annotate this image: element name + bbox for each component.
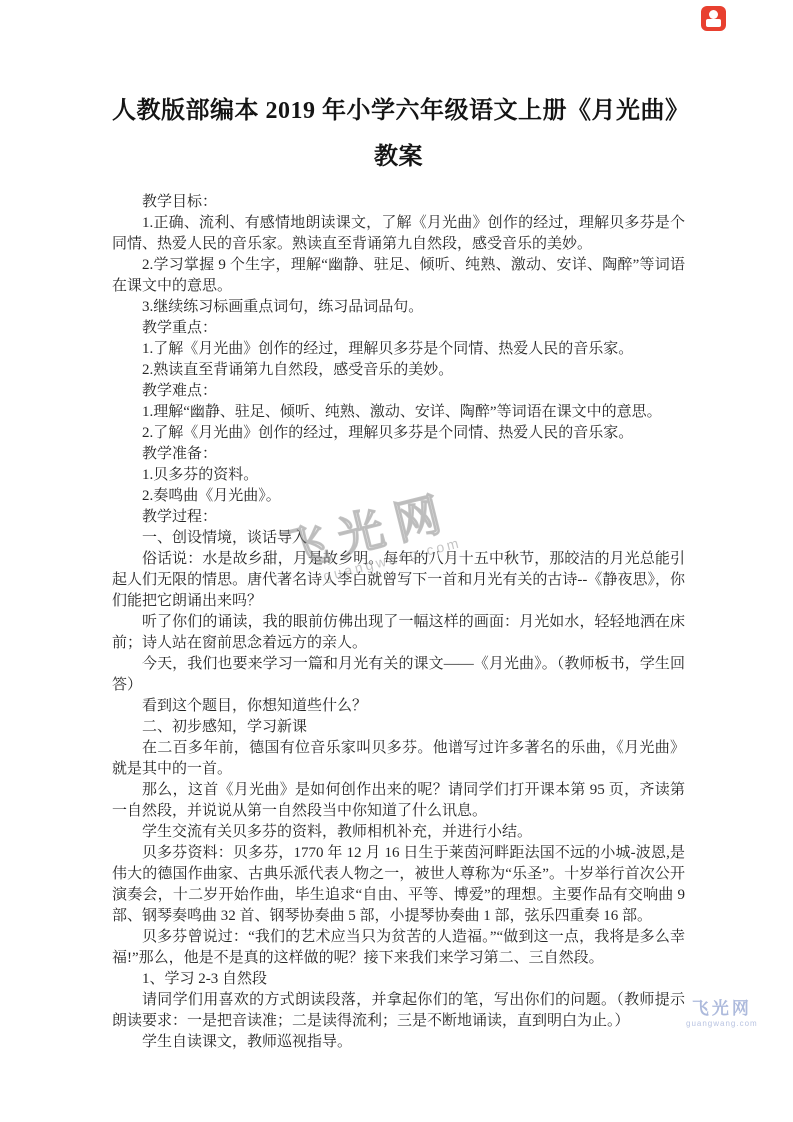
paragraph: 看到这个题目，你想知道些什么？: [112, 696, 685, 717]
paragraph: 1.了解《月光曲》创作的经过，理解贝多芬是个同情、热爱人民的音乐家。: [112, 339, 685, 360]
paragraph: 2.了解《月光曲》创作的经过，理解贝多芬是个同情、热爱人民的音乐家。: [112, 423, 685, 444]
paragraph: 1、学习 2-3 自然段: [112, 969, 685, 990]
corner-watermark-site-name: 飞光网: [686, 1000, 758, 1019]
paragraph: 教学目标：: [112, 192, 685, 213]
document-body: 教学目标： 1.正确、流利、有感情地朗读课文，了解《月光曲》创作的经过，理解贝多…: [112, 192, 685, 1053]
paragraph: 二、初步感知，学习新课: [112, 717, 685, 738]
paragraph: 2.奏鸣曲《月光曲》。: [112, 486, 685, 507]
paragraph: 学生自读课文，教师巡视指导。: [112, 1032, 685, 1053]
paragraph: 今天，我们也要来学习一篇和月光有关的课文——《月光曲》。（教师板书，学生回答）: [112, 654, 685, 696]
paragraph: 俗话说：水是故乡甜，月是故乡明。每年的八月十五中秋节，那皎洁的月光总能引起人们无…: [112, 549, 685, 612]
corner-watermark-site-url: guangwang.com: [686, 1019, 758, 1028]
red-packet-badge-icon[interactable]: [701, 6, 726, 31]
document-title: 人教版部编本 2019 年小学六年级语文上册《月光曲》 教案: [112, 88, 685, 180]
paragraph: 教学过程：: [112, 507, 685, 528]
paragraph: 在二百多年前，德国有位音乐家叫贝多芬。他谱写过许多著名的乐曲，《月光曲》就是其中…: [112, 738, 685, 780]
paragraph: 教学难点：: [112, 381, 685, 402]
document-content: 人教版部编本 2019 年小学六年级语文上册《月光曲》 教案 教学目标： 1.正…: [112, 88, 685, 1053]
paragraph: 1.贝多芬的资料。: [112, 465, 685, 486]
paragraph: 那么，这首《月光曲》是如何创作出来的呢？请同学们打开课本第 95 页，齐读第一自…: [112, 780, 685, 822]
paragraph: 2.学习掌握 9 个生字，理解“幽静、驻足、倾听、纯熟、激动、安详、陶醉”等词语…: [112, 255, 685, 297]
badge-packet-shape: [706, 19, 721, 27]
badge-coin-shape: [709, 10, 718, 19]
title-line-2: 教案: [112, 134, 685, 180]
paragraph: 一、创设情境，谈话导入: [112, 528, 685, 549]
paragraph: 3.继续练习标画重点词句，练习品词品句。: [112, 297, 685, 318]
paragraph: 贝多芬资料：贝多芬，1770 年 12 月 16 日生于莱茵河畔距法国不远的小城…: [112, 843, 685, 927]
paragraph: 贝多芬曾说过：“我们的艺术应当只为贫苦的人造福。”“做到这一点，我将是多么幸福!…: [112, 927, 685, 969]
paragraph: 教学准备：: [112, 444, 685, 465]
paragraph: 学生交流有关贝多芬的资料，教师相机补充，并进行小结。: [112, 822, 685, 843]
paragraph: 2.熟读直至背诵第九自然段，感受音乐的美妙。: [112, 360, 685, 381]
document-page: 人教版部编本 2019 年小学六年级语文上册《月光曲》 教案 教学目标： 1.正…: [0, 0, 793, 1122]
paragraph: 听了你们的诵读，我的眼前仿佛出现了一幅这样的画面：月光如水，轻轻地洒在床前；诗人…: [112, 612, 685, 654]
paragraph: 1.理解“幽静、驻足、倾听、纯熟、激动、安详、陶醉”等词语在课文中的意思。: [112, 402, 685, 423]
paragraph: 请同学们用喜欢的方式朗读段落，并拿起你们的笔，写出你们的问题。（教师提示朗读要求…: [112, 990, 685, 1032]
paragraph: 1.正确、流利、有感情地朗读课文，了解《月光曲》创作的经过，理解贝多芬是个同情、…: [112, 213, 685, 255]
site-watermark-corner: 飞光网 guangwang.com: [686, 1000, 758, 1028]
paragraph: 教学重点：: [112, 318, 685, 339]
title-line-1: 人教版部编本 2019 年小学六年级语文上册《月光曲》: [112, 88, 685, 134]
